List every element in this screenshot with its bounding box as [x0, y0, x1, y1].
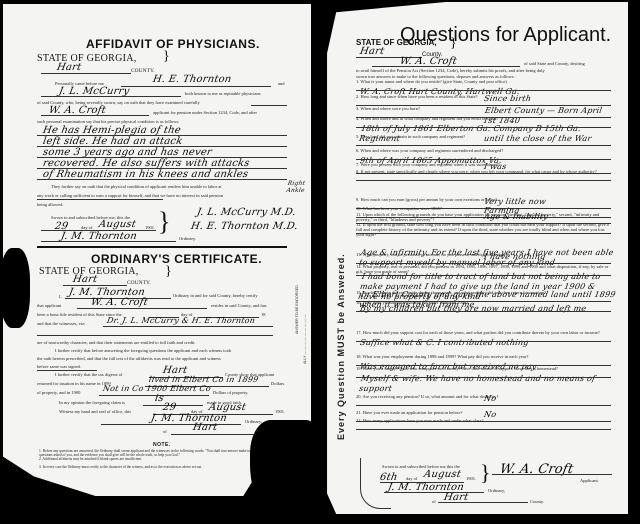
question-text: 22. How many applications have you ever …: [356, 418, 483, 423]
question-text: 4. When and where and in what company an…: [356, 116, 499, 121]
brace-icon: }: [163, 49, 170, 65]
question-text: 6. When and where was your company and r…: [356, 148, 503, 153]
question-text: 10. What has been your occupation since …: [356, 206, 442, 211]
affidavit-state: STATE OF GEORGIA,: [37, 53, 137, 64]
note-item: 3. In every case the Ordinary must certi…: [39, 465, 279, 469]
answer-text: By my children but they are now married …: [359, 304, 587, 314]
question-number: 7.: [356, 162, 359, 167]
sworn-bracket: [360, 458, 391, 509]
affidavit-county-label: COUNTY.: [131, 68, 155, 74]
physician-2-signature: H. E. Thornton M.D.: [190, 221, 299, 232]
question-text: 2. How long and since when have you been…: [356, 94, 477, 99]
question-number: 9.: [356, 197, 359, 202]
question-text: 21. Have you ever made an application fo…: [356, 410, 462, 415]
question-number: 18.: [356, 354, 362, 359]
question-text: 7. Were you present with your company an…: [356, 162, 500, 167]
question-text: 18. What was your employment during 1898…: [356, 354, 528, 359]
question-number: 4.: [356, 116, 359, 121]
question-text: 12. If upon the first ground, state how …: [356, 222, 611, 237]
witness-month: August: [208, 402, 247, 413]
margin-note: Right Ankle: [286, 180, 310, 194]
tax-1899-value: lived in Elbert Co in 1899: [148, 375, 259, 384]
note-item: 1. Before any questions are answered, th…: [39, 449, 279, 457]
answer-text: Elbert County — Born April 1st 1840: [482, 106, 616, 126]
answer-text: until the close of the War: [483, 134, 592, 144]
affidavit-county-value: Hart: [56, 62, 82, 73]
question-number: 19.: [356, 366, 362, 371]
question-text: 3. When and where were you born?: [356, 106, 420, 111]
question-number: 10.: [356, 206, 362, 211]
question-number: 13.: [356, 252, 362, 257]
question-text: 5. How long did you remain in such compa…: [356, 134, 465, 139]
certificate-county-value: Hart: [72, 274, 98, 285]
question-number: 17.: [356, 330, 362, 335]
answer-text: Age & inability: [483, 212, 549, 222]
certificate-applicant-name: W. A. Croft: [90, 297, 149, 308]
vertical-notice: Every Question MUST be Answered.: [336, 253, 346, 440]
questions-page: Questions for Applicant. STATE OF GEORGI…: [324, 2, 628, 514]
note-item: 2. Additional affidavits may be attached…: [39, 457, 279, 461]
question-number: 1.: [356, 79, 359, 84]
question-text: 8. If not present, state specifically an…: [356, 169, 597, 174]
answer-text: No: [483, 394, 497, 404]
answer-text: Suffice what & C. I contributed nothing: [359, 338, 529, 348]
question-text: 9. How much can you earn (gross) per ann…: [356, 197, 497, 202]
question-text: 20. Are you receiving any pension? If so…: [356, 394, 498, 399]
answer-text: I have nothing: [483, 252, 546, 262]
question-number: 3.: [356, 106, 359, 111]
affidavit-sworn-month: August: [98, 219, 137, 230]
question-number: 5.: [356, 134, 359, 139]
note-title: NOTE.: [153, 442, 171, 448]
certificate-of-county: Hart: [192, 422, 218, 433]
question-text: 1. What is your name and where do you re…: [356, 79, 507, 84]
certificate-title: ORDINARY'S CERTIFICATE.: [91, 252, 262, 266]
question-number: 2.: [356, 94, 359, 99]
question-number: 6.: [356, 148, 359, 153]
question-text: 17. How much did your support cost for e…: [356, 330, 600, 335]
question-text: 19. Have you a family? If so, who compos…: [356, 366, 558, 371]
question-number: 21.: [356, 410, 362, 415]
questions-sworn-month: August: [423, 469, 462, 480]
witness-day: 29: [162, 402, 177, 413]
question-number: 8.: [356, 169, 359, 174]
questions-county-value: Hart: [359, 46, 385, 57]
question-number: 22.: [356, 418, 362, 423]
certificate-witnesses: Dr. J. L. McCurry & H. E. Thornton: [106, 316, 256, 325]
answer-text: Since birth: [483, 94, 532, 104]
answer-text: No: [483, 410, 497, 420]
question-number: 20.: [356, 394, 362, 399]
affidavit-title: AFFIDAVIT OF PHYSICIANS.: [86, 37, 260, 51]
physician-1-signature: J. L. McCurry M.D.: [196, 207, 297, 218]
officer-name: H. E. Thornton: [152, 74, 232, 85]
tax-1900-value: Not in Co 1900 Elbert Co: [102, 384, 211, 393]
